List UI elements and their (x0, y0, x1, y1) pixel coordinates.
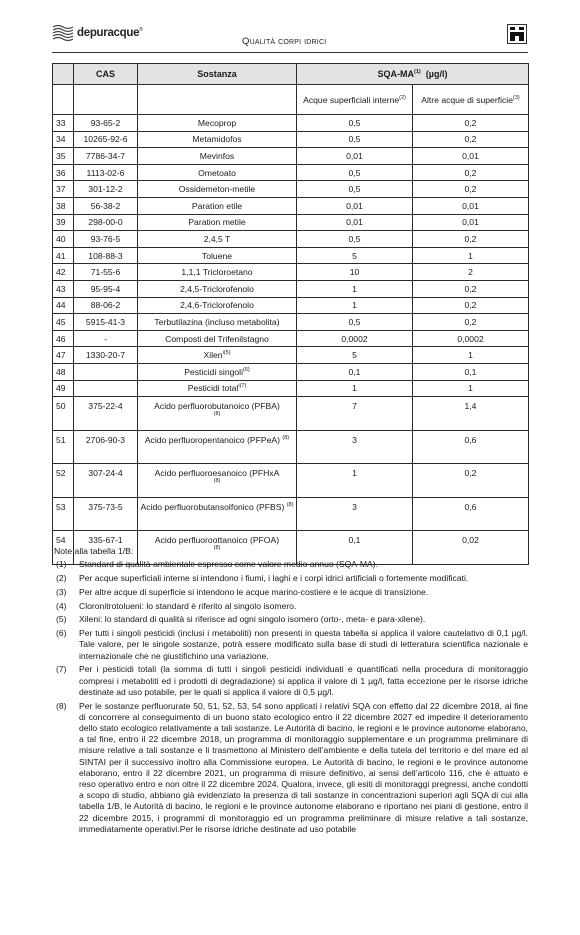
cas-number: 56-38-2 (74, 197, 138, 214)
row-number: 39 (53, 214, 74, 231)
notes-title: Note alla tabella 1/B: (54, 546, 528, 557)
substance-name: 1,1,1 Tricloroetano (138, 264, 297, 281)
sqa-other-value: 0,2 (413, 297, 529, 314)
sqa-inland-value: 0,5 (297, 115, 413, 132)
sqa-other-value: 2 (413, 264, 529, 281)
sqa-other-value: 1,4 (413, 397, 529, 431)
layered-waves-icon (52, 24, 74, 41)
sqa-other-value: 0,2 (413, 280, 529, 297)
sqa-other-value: 0,2 (413, 115, 529, 132)
cas-number: 88-06-2 (74, 297, 138, 314)
note-number: (8) (54, 701, 79, 835)
note-item: (5)Xileni: lo standard di qualità si rif… (54, 614, 528, 625)
sqa-other-value: 1 (413, 247, 529, 264)
sqa-other-value: 0,2 (413, 164, 529, 181)
note-number: (3) (54, 587, 79, 598)
sqa-inland-value: 5 (297, 247, 413, 264)
note-text: Per le sostanze perfluorurate 50, 51, 52… (79, 701, 528, 835)
sqa-inland-value: 0,01 (297, 148, 413, 165)
sqa-other-value: 0,2 (413, 181, 529, 198)
row-number: 43 (53, 280, 74, 297)
header-divider (52, 52, 528, 53)
substance-name: Ossidemeton-metile (138, 181, 297, 198)
table-row: 53375-73-5Acido perfluorobutansolfonico … (53, 497, 529, 531)
row-number: 53 (53, 497, 74, 531)
sqa-other-value: 0,6 (413, 430, 529, 464)
row-number: 40 (53, 231, 74, 248)
cas-number: 2706-90-3 (74, 430, 138, 464)
substance-name: Terbutilazina (incluso metabolita) (138, 314, 297, 331)
sqa-inland-value: 0,5 (297, 131, 413, 148)
table-row: 4093-76-52,4,5 T0,50,2 (53, 231, 529, 248)
table-row: 3393-65-2Mecoprop0,50,2 (53, 115, 529, 132)
sqa-inland-value: 1 (297, 297, 413, 314)
table-body: 3393-65-2Mecoprop0,50,23410265-92-6Metam… (53, 115, 529, 565)
sqa-other-value: 1 (413, 347, 529, 364)
table-notes: Note alla tabella 1/B: (1)Standard di qu… (54, 546, 528, 838)
row-number: 44 (53, 297, 74, 314)
sqa-inland-value: 1 (297, 280, 413, 297)
table-row: 41108-88-3Toluene51 (53, 247, 529, 264)
footnote-ref: (8) (140, 411, 294, 418)
sqa-inland-value: 0,01 (297, 197, 413, 214)
note-text: Per tutti i singoli pesticidi (inclusi i… (79, 628, 528, 662)
sqa-inland-value: 0,5 (297, 164, 413, 181)
sqa-inland-value: 5 (297, 347, 413, 364)
table-row: 471330-20-7Xileni(5)51 (53, 347, 529, 364)
cas-number: 7786-34-7 (74, 148, 138, 165)
substance-name: Mevinfos (138, 148, 297, 165)
sqa-inland-value: 0,1 (297, 363, 413, 380)
substance-name: Toluene (138, 247, 297, 264)
sqa-inland-value: 0,5 (297, 314, 413, 331)
brand-logo: depuracque® (52, 24, 143, 41)
header-substance: Sostanza (138, 64, 297, 85)
note-item: (6)Per tutti i singoli pesticidi (inclus… (54, 628, 528, 662)
cas-number: 95-95-4 (74, 280, 138, 297)
sqa-other-value: 0,01 (413, 148, 529, 165)
subheader-other-waters: Altre acque di superficie(3) (413, 85, 529, 115)
cas-number: 1113-02-6 (74, 164, 138, 181)
row-number: 34 (53, 131, 74, 148)
note-text: Per altre acque di superficie si intendo… (79, 587, 528, 598)
table-row: 455915-41-3Terbutilazina (incluso metabo… (53, 314, 529, 331)
cas-number: 301-12-2 (74, 181, 138, 198)
footnote-ref: (8) (140, 478, 294, 485)
subheader-inland-waters: Acque superficiali interne(2) (297, 85, 413, 115)
sqa-other-value: 0,0002 (413, 330, 529, 347)
sqa-other-value: 0,01 (413, 197, 529, 214)
page-title: Qualità corpi idrici (242, 36, 326, 47)
table-row: 357786-34-7Mevinfos0,010,01 (53, 148, 529, 165)
table-row: 4395-95-42,4,5-Triclorofenolo10,2 (53, 280, 529, 297)
sqa-other-value: 0,01 (413, 214, 529, 231)
sqa-other-value: 0,2 (413, 314, 529, 331)
table-row: 46-Composti del Trifenilstagno0,00020,00… (53, 330, 529, 347)
row-number: 45 (53, 314, 74, 331)
subheader-empty (74, 85, 138, 115)
table-header-row: CAS Sostanza SQA-MA(1) (µg/l) (53, 64, 529, 85)
cas-number (74, 363, 138, 380)
building-emblem-icon (507, 24, 527, 44)
note-text: Standard di qualità ambientale espresso … (79, 559, 528, 570)
subheader-empty (53, 85, 74, 115)
cas-number (74, 380, 138, 397)
note-item: (1)Standard di qualità ambientale espres… (54, 559, 528, 570)
footnote-ref: i(5) (223, 350, 231, 356)
footnote-ref: (8) (287, 502, 294, 508)
page-header: depuracque® Qualità corpi idrici (52, 22, 529, 52)
substance-name: Acido perfluoroesanoico (PFHxA(8) (138, 464, 297, 498)
note-number: (1) (54, 559, 79, 570)
note-item: (4)Cloronitrotolueni: lo standard è rife… (54, 601, 528, 612)
table-row: 4488-06-22,4,6-Triclorofenolo10,2 (53, 297, 529, 314)
sqa-inland-value: 7 (297, 397, 413, 431)
note-item: (7)Per i pesticidi totali (la somma di t… (54, 664, 528, 698)
cas-number: 5915-41-3 (74, 314, 138, 331)
table-row: 361113-02-6Ometoato0,50,2 (53, 164, 529, 181)
sqa-other-value: 0,2 (413, 464, 529, 498)
substance-name: 2,4,5-Triclorofenolo (138, 280, 297, 297)
table-subheader-row: Acque superficiali interne(2) Altre acqu… (53, 85, 529, 115)
notes-list: (1)Standard di qualità ambientale espres… (54, 559, 528, 835)
sqa-inland-value: 0,0002 (297, 330, 413, 347)
row-number: 41 (53, 247, 74, 264)
table-row: 52307-24-4Acido perfluoroesanoico (PFHxA… (53, 464, 529, 498)
substance-name: Mecoprop (138, 115, 297, 132)
note-item: (2)Per acque superficiali interne si int… (54, 573, 528, 584)
table-row: 37301-12-2Ossidemeton-metile0,50,2 (53, 181, 529, 198)
cas-number: 1330-20-7 (74, 347, 138, 364)
sqa-inland-value: 10 (297, 264, 413, 281)
sqa-inland-value: 3 (297, 497, 413, 531)
substance-name: Acido perfluorobutanoico (PFBA)(8) (138, 397, 297, 431)
note-number: (2) (54, 573, 79, 584)
header-index (53, 64, 74, 85)
note-item: (3)Per altre acque di superficie si inte… (54, 587, 528, 598)
note-item: (8)Per le sostanze perfluorurate 50, 51,… (54, 701, 528, 835)
cas-number: 298-00-0 (74, 214, 138, 231)
sqa-inland-value: 1 (297, 464, 413, 498)
substance-name: Xileni(5) (138, 347, 297, 364)
note-number: (5) (54, 614, 79, 625)
row-number: 33 (53, 115, 74, 132)
sqa-other-value: 0,1 (413, 363, 529, 380)
cas-number: 10265-92-6 (74, 131, 138, 148)
substance-name: Pesticidi singoli(6) (138, 363, 297, 380)
note-number: (4) (54, 601, 79, 612)
row-number: 42 (53, 264, 74, 281)
sqa-table: CAS Sostanza SQA-MA(1) (µg/l) Acque supe… (52, 63, 529, 565)
subheader-empty (138, 85, 297, 115)
substance-name: Pesticidi totali(7) (138, 380, 297, 397)
row-number: 48 (53, 363, 74, 380)
note-number: (7) (54, 664, 79, 698)
header-sqa: SQA-MA(1) (µg/l) (297, 64, 529, 85)
row-number: 46 (53, 330, 74, 347)
row-number: 52 (53, 464, 74, 498)
row-number: 37 (53, 181, 74, 198)
sqa-inland-value: 0,5 (297, 181, 413, 198)
sqa-other-value: 0,2 (413, 231, 529, 248)
row-number: 49 (53, 380, 74, 397)
row-number: 35 (53, 148, 74, 165)
sqa-other-value: 1 (413, 380, 529, 397)
sqa-inland-value: 0,5 (297, 231, 413, 248)
substance-name: Acido perfluoropentanoico (PFPeA) (8) (138, 430, 297, 464)
table-row: 3856-38-2Paration etile0,010,01 (53, 197, 529, 214)
sqa-other-value: 0,6 (413, 497, 529, 531)
table-row: 39298-00-0Paration metile0,010,01 (53, 214, 529, 231)
cas-number: 93-65-2 (74, 115, 138, 132)
substance-name: 2,4,5 T (138, 231, 297, 248)
cas-number: 375-22-4 (74, 397, 138, 431)
footnote-ref: (6) (243, 367, 250, 373)
row-number: 36 (53, 164, 74, 181)
substance-name: Ometoato (138, 164, 297, 181)
substance-name: Paration metile (138, 214, 297, 231)
table-row: 50375-22-4Acido perfluorobutanoico (PFBA… (53, 397, 529, 431)
header-cas: CAS (74, 64, 138, 85)
note-text: Per acque superficiali interne si intend… (79, 573, 528, 584)
note-number: (6) (54, 628, 79, 662)
cas-number: 375-73-5 (74, 497, 138, 531)
table-row: 4271-55-61,1,1 Tricloroetano102 (53, 264, 529, 281)
row-number: 47 (53, 347, 74, 364)
substance-name: Metamidofos (138, 131, 297, 148)
substance-name: 2,4,6-Triclorofenolo (138, 297, 297, 314)
table-row: 48Pesticidi singoli(6)0,10,1 (53, 363, 529, 380)
cas-number: 307-24-4 (74, 464, 138, 498)
note-text: Per i pesticidi totali (la somma di tutt… (79, 664, 528, 698)
note-text: Cloronitrotolueni: lo standard è riferit… (79, 601, 528, 612)
substance-name: Paration etile (138, 197, 297, 214)
substance-name: Composti del Trifenilstagno (138, 330, 297, 347)
cas-number: 108-88-3 (74, 247, 138, 264)
table-row: 3410265-92-6Metamidofos0,50,2 (53, 131, 529, 148)
footnote-ref: i(7) (238, 383, 246, 389)
sqa-inland-value: 0,01 (297, 214, 413, 231)
substance-name: Acido perfluorobutansolfonico (PFBS) (8) (138, 497, 297, 531)
sqa-inland-value: 3 (297, 430, 413, 464)
table-row: 49Pesticidi totali(7)11 (53, 380, 529, 397)
brand-name: depuracque® (77, 27, 143, 39)
sqa-other-value: 0,2 (413, 131, 529, 148)
cas-number: 71-55-6 (74, 264, 138, 281)
cas-number: 93-76-5 (74, 231, 138, 248)
sqa-inland-value: 1 (297, 380, 413, 397)
cas-number: - (74, 330, 138, 347)
note-text: Xileni: lo standard di qualità si riferi… (79, 614, 528, 625)
row-number: 38 (53, 197, 74, 214)
table-row: 512706-90-3Acido perfluoropentanoico (PF… (53, 430, 529, 464)
row-number: 50 (53, 397, 74, 431)
row-number: 51 (53, 430, 74, 464)
footnote-ref: (8) (282, 435, 289, 441)
